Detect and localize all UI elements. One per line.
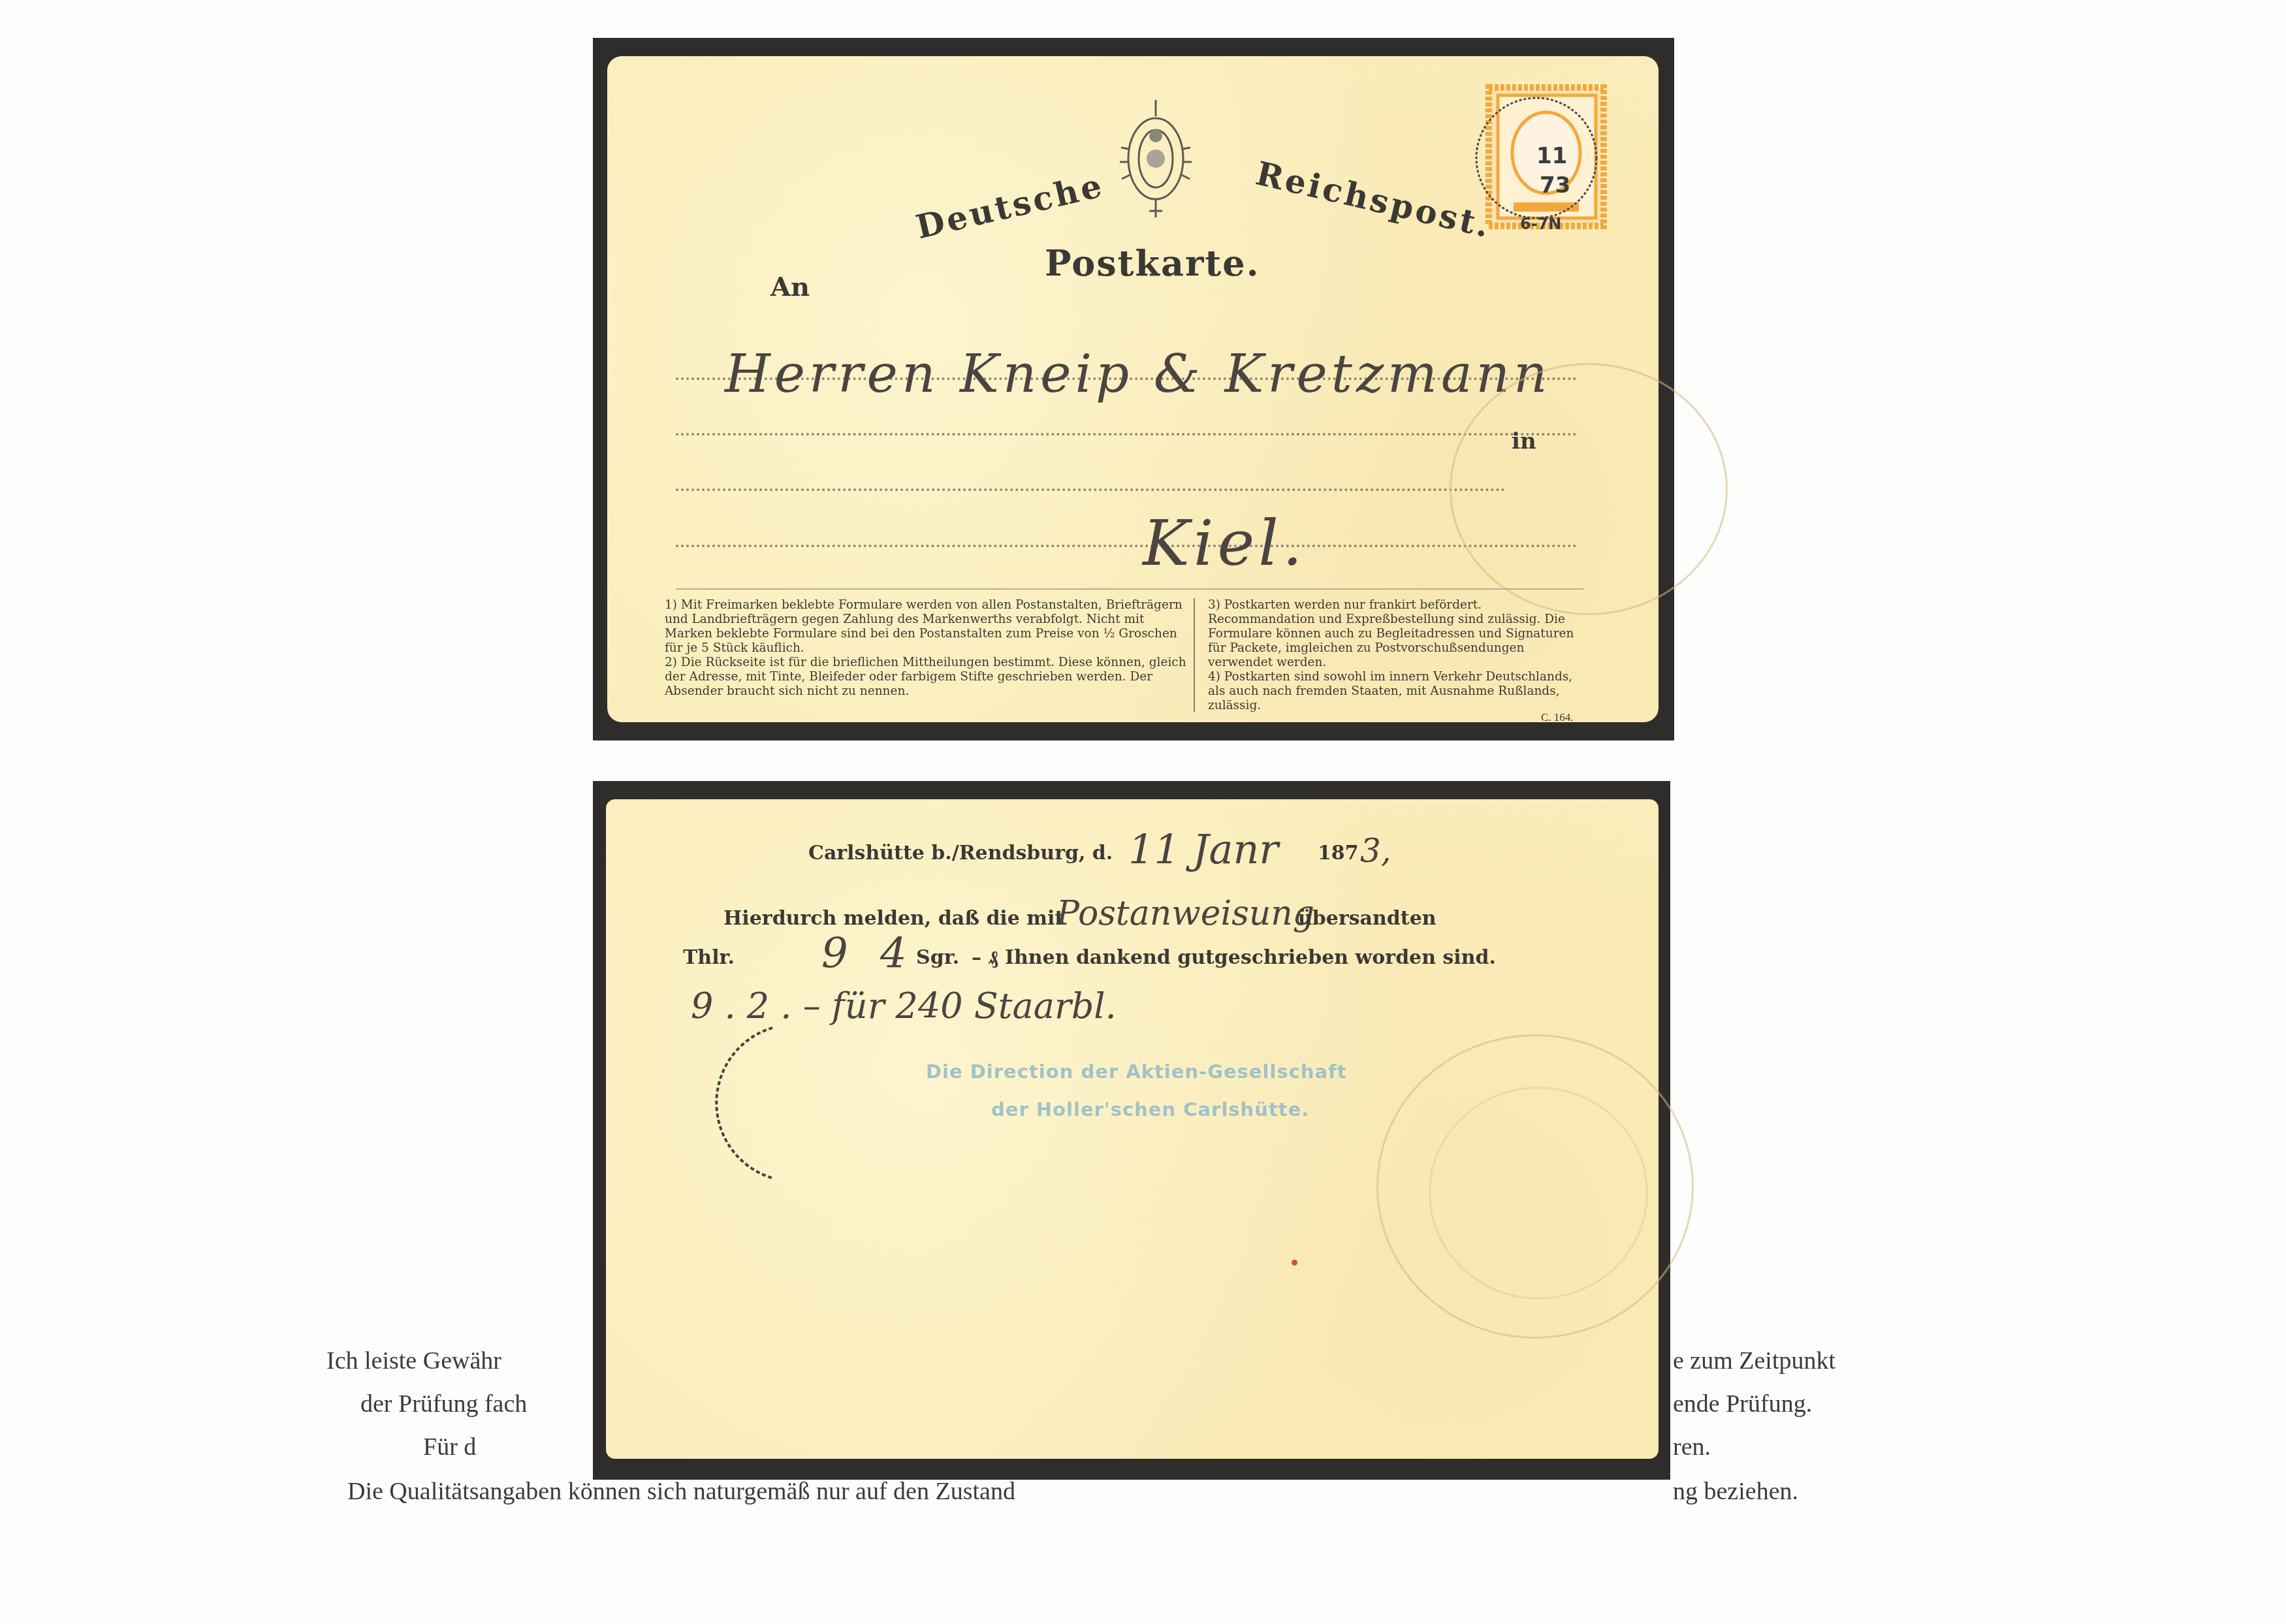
postcard-back: Carlshütte b./Rendsburg, d. 11 Janr 187 … xyxy=(606,799,1659,1459)
handwritten-city: Kiel. xyxy=(1143,507,1306,580)
card-title: Postkarte. xyxy=(1045,242,1260,284)
postmark-time: 6-7N xyxy=(1520,215,1561,233)
footer-line-4-left: Die Qualitätsangaben können sich naturge… xyxy=(347,1477,1015,1506)
imperial-eagle-icon xyxy=(1120,97,1192,221)
printed-line-1a: Hierdurch melden, daß die mit xyxy=(723,907,1064,930)
printed-place-date: Carlshütte b./Rendsburg, d. xyxy=(808,842,1113,865)
form-number: C. 164. xyxy=(1541,711,1574,724)
label-sgr: Sgr. xyxy=(916,946,959,969)
footer-line-3-left: Für d xyxy=(423,1433,476,1461)
handwritten-year: 3, xyxy=(1360,832,1391,870)
company-stamp-line-1: Die Direction der Aktien-Gesellschaft xyxy=(926,1060,1347,1083)
printed-line-1b: übersandten xyxy=(1298,907,1437,930)
footer-line-2-left: der Prüfung fach xyxy=(360,1390,527,1418)
label-thlr: Thlr. xyxy=(683,946,735,969)
postmark-year: 73 xyxy=(1540,172,1570,199)
address-prefix: An xyxy=(770,272,810,302)
footer-line-2-right: ende Prüfung. xyxy=(1673,1390,1812,1418)
instruction-1: 1) Mit Freimarken beklebte Formulare wer… xyxy=(665,598,1187,656)
partial-postmark-icon xyxy=(681,1015,799,1191)
thlr-amount: 9 xyxy=(821,930,848,978)
footer-line-4-right: ng beziehen. xyxy=(1673,1477,1798,1506)
instructions-right: 3) Postkarten werden nur frankirt beförd… xyxy=(1208,598,1587,713)
instruction-3: 3) Postkarten werden nur frankirt beförd… xyxy=(1208,598,1587,670)
embossed-seal xyxy=(1450,363,1728,615)
postage-stamp: 11 73 6-7N xyxy=(1474,81,1611,231)
handwritten-addressee: Herren Kneip & Kretzmann xyxy=(725,343,1551,404)
company-stamp-line-2: der Holler'schen Carlshütte. xyxy=(991,1098,1309,1121)
column-divider xyxy=(1194,598,1195,712)
address-line-3 xyxy=(676,488,1505,491)
address-line-2 xyxy=(676,433,1577,436)
instruction-4: 4) Postkarten sind sowohl im innern Verk… xyxy=(1208,670,1587,713)
embossed-seal-inner xyxy=(1429,1087,1648,1299)
red-spot xyxy=(1292,1260,1297,1266)
header-deutsche: Deutsche xyxy=(912,166,1107,246)
footer-line-1-left: Ich leiste Gewähr xyxy=(326,1346,501,1375)
header-reichspost: Reichspost. xyxy=(1252,153,1495,245)
postmark-day: 11 xyxy=(1536,143,1567,169)
divider-rule xyxy=(676,588,1583,590)
back-card-mount: Carlshütte b./Rendsburg, d. 11 Janr 187 … xyxy=(593,781,1670,1480)
instruction-2: 2) Die Rückseite ist für die brieflichen… xyxy=(665,656,1187,699)
handwritten-remittance: Postanweisung xyxy=(1056,894,1314,933)
address-line-4 xyxy=(676,545,1577,547)
footer-line-1-right: e zum Zeitpunkt xyxy=(1673,1346,1835,1375)
sgr-amount: 4 xyxy=(880,930,907,978)
footer-line-3-right: ren. xyxy=(1673,1433,1711,1461)
printed-year: 187 xyxy=(1318,842,1359,865)
postcard-front: Deutsche Reichspost. Postkarte. An Herre… xyxy=(607,56,1659,722)
front-card-mount: Deutsche Reichspost. Postkarte. An Herre… xyxy=(593,38,1674,740)
handwritten-date: 11 Janr xyxy=(1128,825,1278,873)
instructions-left: 1) Mit Freimarken beklebte Formulare wer… xyxy=(665,598,1187,699)
printed-line-2: – ₰ Ihnen dankend gutgeschrieben worden … xyxy=(972,946,1496,969)
